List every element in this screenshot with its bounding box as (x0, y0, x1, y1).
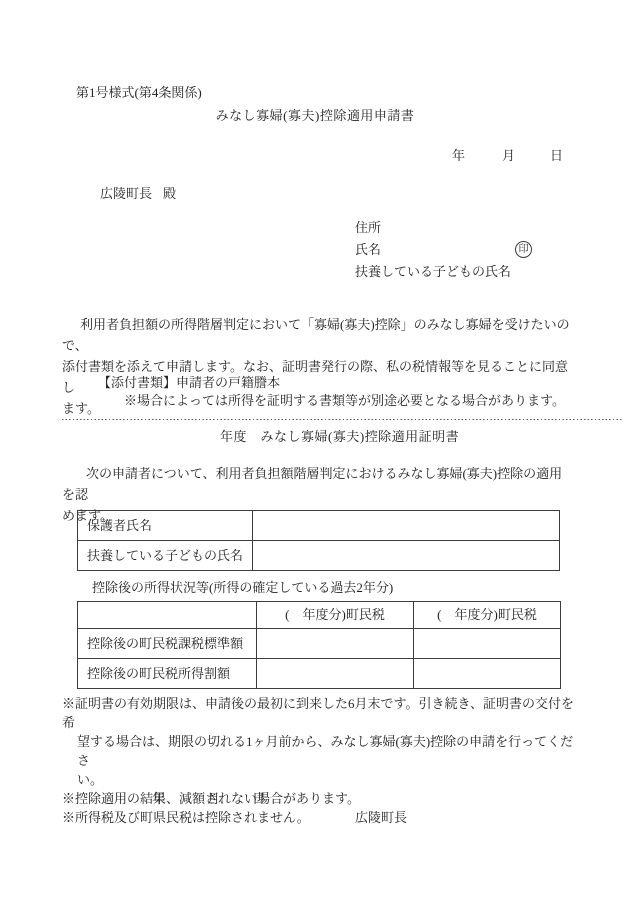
income-levy-value-2 (414, 659, 561, 689)
table-row: 保護者氏名 (78, 511, 560, 541)
income-levy-value-1 (257, 659, 414, 689)
income-status-heading: 控除後の所得状況等(所得の確定している過去2年分) (92, 578, 393, 598)
address-label: 住所 (355, 220, 381, 235)
section-divider (62, 419, 623, 421)
taxable-base-value-2 (414, 629, 561, 659)
day-label: 日 (252, 791, 265, 806)
table-row: 控除後の町民税課税標準額 (78, 629, 561, 659)
note-expiry-line: ※証明書の有効期限は、申請後の最初に到来した6月末です。引き続き、証明書の交付を… (62, 694, 578, 732)
taxable-base-label: 控除後の町民税課税標準額 (78, 629, 257, 659)
name-field: 氏名 印 (355, 239, 511, 261)
certificate-title: 年度 みなし寡婦(寡夫)控除適用証明書 (220, 427, 459, 447)
income-levy-label: 控除後の町民税所得割額 (78, 659, 257, 689)
children-name-field: 扶養している子どもの氏名 (355, 261, 511, 283)
table-row: 控除後の町民税所得割額 (78, 659, 561, 689)
document-page: 第1号様式(第4条関係) みなし寡婦(寡夫)控除適用申請書 年月日 広陵町長殿 … (0, 0, 630, 915)
guardian-name-label: 保護者氏名 (78, 511, 253, 541)
seal-stamp-icon: 印 (515, 241, 532, 258)
note-reduction: ※控除適用の結果、減額されない場合があります。 (62, 789, 578, 808)
attachment-line: 【添付書類】申請者の戸籍謄本 (98, 373, 280, 393)
taxable-base-value-1 (257, 629, 414, 659)
year-label: 年 (152, 791, 165, 806)
applicant-fields: 住所 氏名 印 扶養している子どもの氏名 (355, 217, 511, 283)
tax-year-header-1: ( 年度分)町民税 (257, 602, 414, 629)
empty-header-cell (78, 602, 257, 629)
income-table: ( 年度分)町民税 ( 年度分)町民税 控除後の町民税課税標準額 控除後の町民税… (77, 601, 561, 689)
children-name-label-cell: 扶養している子どもの氏名 (78, 541, 253, 571)
application-date-line: 年月日 (452, 146, 563, 166)
notes-block: ※証明書の有効期限は、申請後の最初に到来した6月末です。引き続き、証明書の交付を… (62, 694, 578, 827)
note-expiry-line: い。 (77, 770, 578, 789)
application-title: みなし寡婦(寡夫)控除適用申請書 (0, 106, 630, 126)
day-label: 日 (550, 148, 563, 163)
addressee-honorific: 殿 (163, 186, 176, 201)
children-name-value (253, 541, 560, 571)
note-expiry-line: 望する場合は、期限の切れる1ヶ月前から、みなし寡婦(寡夫)控除の申請を行ってくだ… (77, 732, 578, 770)
body-line: 利用者負担額の所得階層判定において「寡婦(寡夫)控除」のみなし寡婦を受けたいので… (62, 314, 570, 356)
children-name-label: 扶養している子どもの氏名 (355, 264, 511, 279)
body-line: 次の申請者について、利用者負担額階層判定におけるみなし寡婦(寡夫)控除の適用を認 (62, 463, 570, 505)
form-number: 第1号様式(第4条関係) (76, 83, 202, 103)
applicant-table: 保護者氏名 扶養している子どもの氏名 (77, 510, 560, 571)
address-field: 住所 (355, 217, 511, 239)
issuer-name: 広陵町長 (355, 808, 407, 828)
month-label: 月 (502, 148, 515, 163)
table-header-row: ( 年度分)町民税 ( 年度分)町民税 (78, 602, 561, 629)
note-tax-scope: ※所得税及び町県民税は控除されません。 (62, 808, 578, 827)
certificate-date-line: 年月日 (152, 789, 265, 809)
addressee-name: 広陵町長 (100, 186, 152, 201)
year-label: 年 (452, 148, 465, 163)
name-label: 氏名 (355, 242, 381, 257)
guardian-name-value (253, 511, 560, 541)
attachment-note: ※場合によっては所得を証明する書類等が別途必要となる場合があります。 (124, 391, 565, 411)
table-row: 扶養している子どもの氏名 (78, 541, 560, 571)
tax-year-header-2: ( 年度分)町民税 (414, 602, 561, 629)
month-label: 月 (207, 791, 220, 806)
addressee-line: 広陵町長殿 (100, 184, 176, 204)
